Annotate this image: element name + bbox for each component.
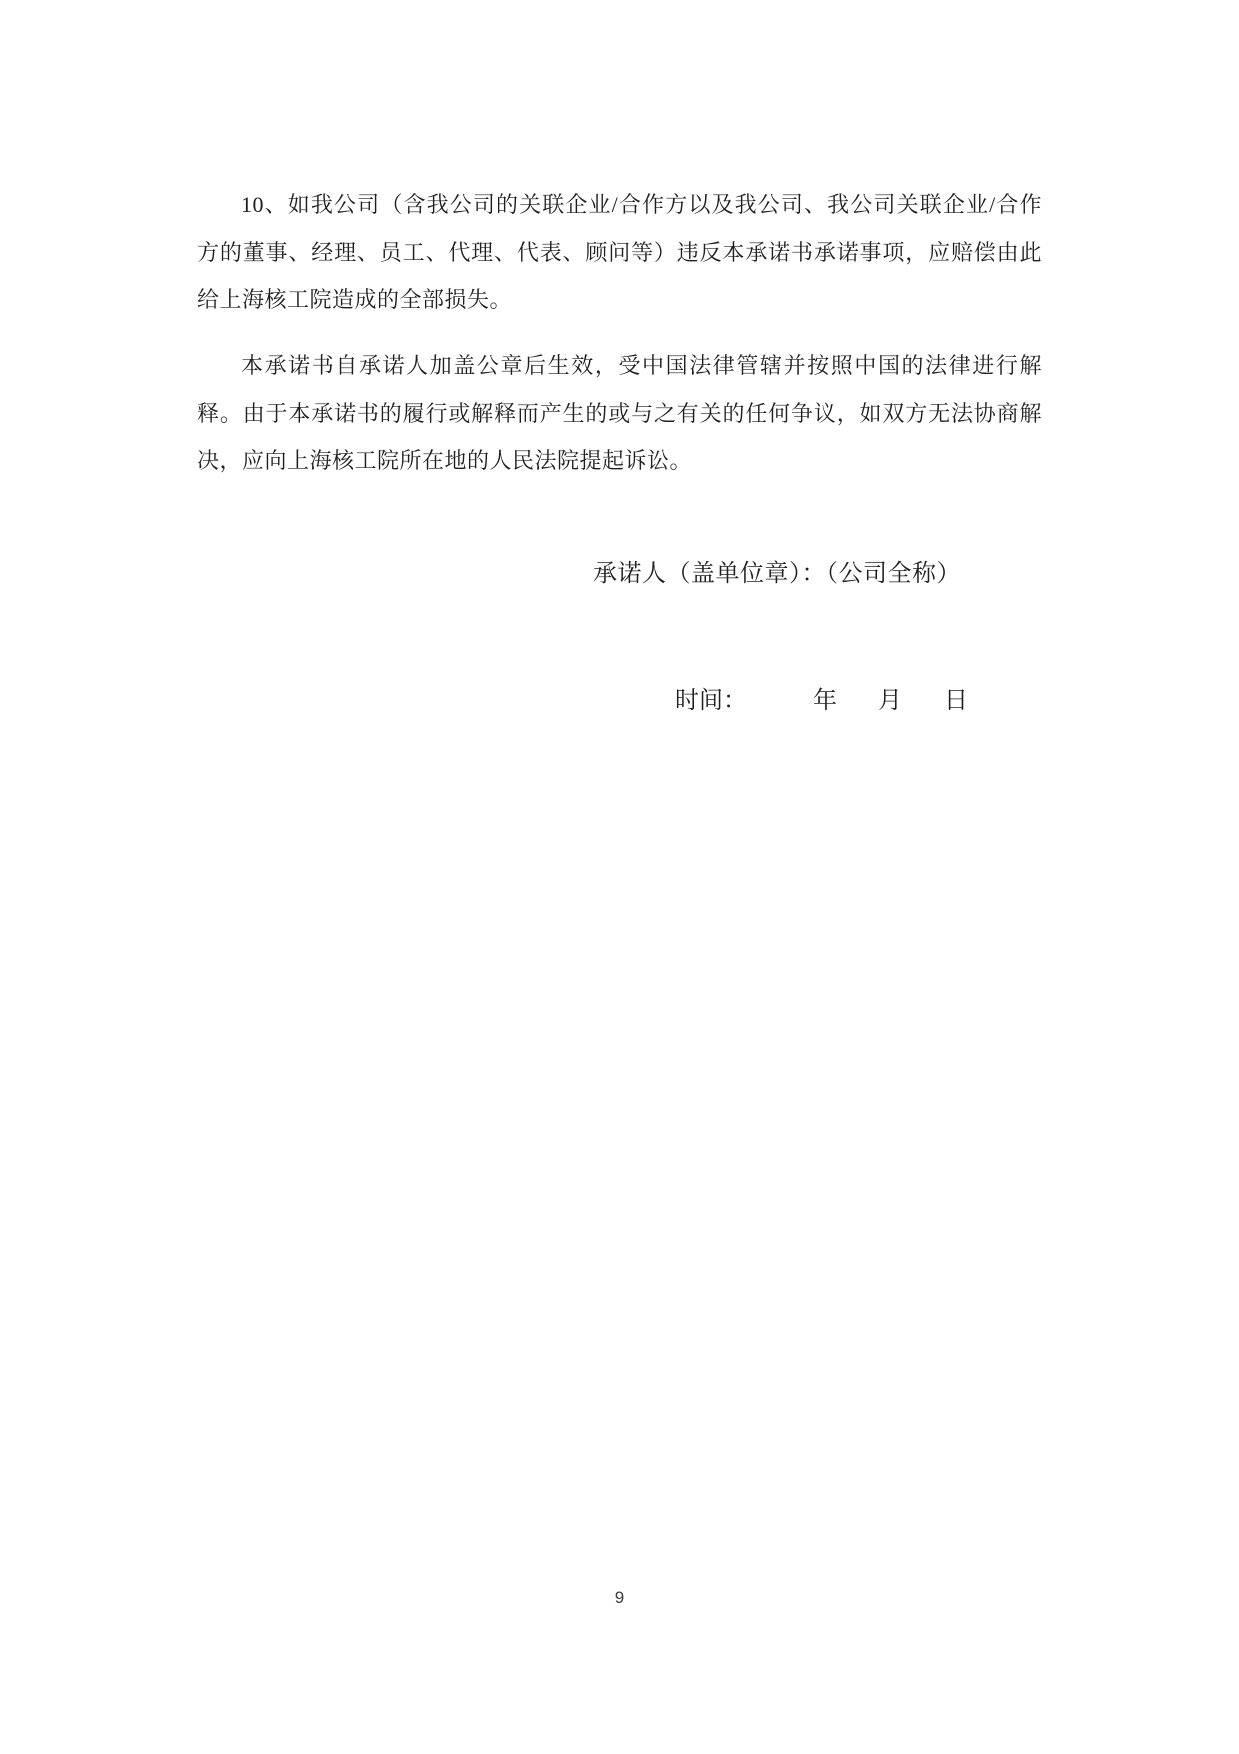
date-line: 时间：年月日 bbox=[675, 678, 968, 725]
document-page: 10、如我公司（含我公司的关联企业/合作方以及我公司、我公司关联企业/合作方的董… bbox=[0, 0, 1239, 1754]
date-year-label: 年 bbox=[813, 688, 837, 714]
date-month-label: 月 bbox=[878, 688, 902, 714]
paragraph-governing-law: 本承诺书自承诺人加盖公章后生效，受中国法律管辖并按照中国的法律进行解释。由于本承… bbox=[197, 342, 1042, 485]
signature-line: 承诺人（盖单位章）：（公司全称） bbox=[593, 551, 961, 598]
page-number: 9 bbox=[0, 1588, 1239, 1608]
date-day-label: 日 bbox=[944, 688, 968, 714]
paragraph-clause-10: 10、如我公司（含我公司的关联企业/合作方以及我公司、我公司关联企业/合作方的董… bbox=[197, 181, 1042, 324]
date-label: 时间： bbox=[675, 688, 747, 714]
